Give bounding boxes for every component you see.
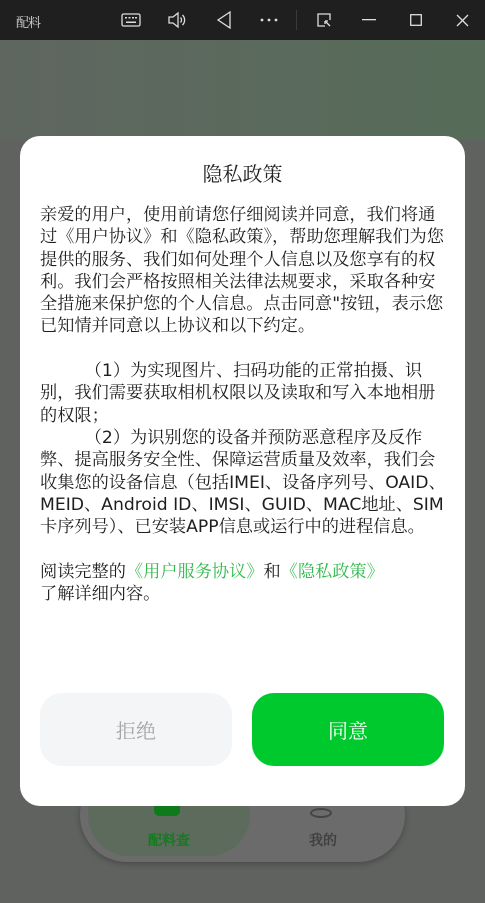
user-agreement-link[interactable]: 《用户服务协议》 <box>126 562 264 582</box>
footer-prefix: 阅读完整的 <box>40 562 126 582</box>
close-icon[interactable] <box>450 8 474 32</box>
titlebar-divider <box>296 10 297 30</box>
dialog-body: 亲爱的用户，使用前请您仔细阅读并同意，我们将通过《用户协议》和《隐私政策》，帮助… <box>40 204 448 605</box>
privacy-policy-dialog: 隐私政策 亲爱的用户，使用前请您仔细阅读并同意，我们将通过《用户协议》和《隐私政… <box>20 136 465 806</box>
permission-item-1: （1）为实现图片、扫码功能的正常拍摄、识别，我们需要获取相机权限以及读取和写入本… <box>40 360 448 427</box>
more-icon[interactable] <box>257 8 281 32</box>
reject-button[interactable]: 拒绝 <box>40 693 232 766</box>
footer-and: 和 <box>263 562 280 582</box>
intro-paragraph: 亲爱的用户，使用前请您仔细阅读并同意，我们将通过《用户协议》和《隐私政策》，帮助… <box>40 204 448 338</box>
footer-suffix: 了解详细内容。 <box>40 584 160 604</box>
screenshot-icon[interactable] <box>312 8 336 32</box>
dialog-title: 隐私政策 <box>20 158 465 187</box>
maximize-icon[interactable] <box>404 8 428 32</box>
keyboard-icon[interactable] <box>119 8 143 32</box>
minimize-icon[interactable] <box>357 8 381 32</box>
window-title: 配料 <box>16 12 40 31</box>
back-icon[interactable] <box>212 8 236 32</box>
window-titlebar: 配料 <box>0 0 485 40</box>
volume-icon[interactable] <box>165 8 189 32</box>
agree-button[interactable]: 同意 <box>252 693 444 766</box>
privacy-policy-link[interactable]: 《隐私政策》 <box>281 562 384 582</box>
footer-paragraph: 阅读完整的《用户服务协议》和《隐私政策》了解详细内容。 <box>40 561 448 606</box>
permission-item-2: （2）为识别您的设备并预防恶意程序及反作弊、提高服务安全性、保障运营质量及效率，… <box>40 427 448 538</box>
